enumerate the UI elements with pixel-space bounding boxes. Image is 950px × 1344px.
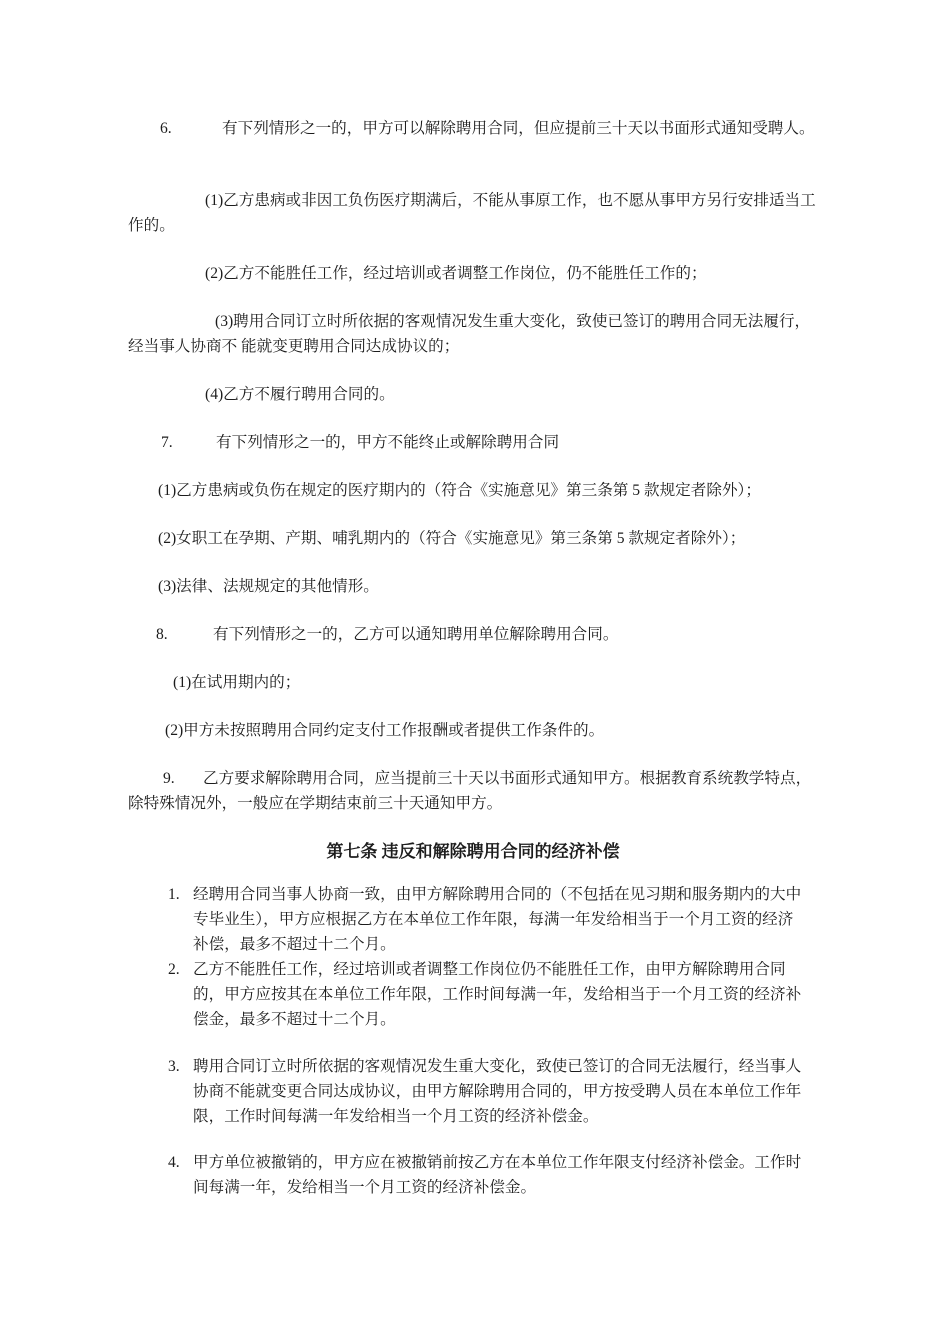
clause-9: 9.乙方要求解除聘用合同，应当提前三十天以书面形式通知甲方。根据教育系统教学特点… [128, 766, 818, 816]
compensation-item-2-text: 乙方不能胜任工作，经过培训或者调整工作岗位仍不能胜任工作，由甲方解除聘用合同的，… [193, 961, 801, 1028]
clause-6-number: 6. [160, 116, 222, 141]
clause-6-sub-1: (1)乙方患病或非因工负伤医疗期满后，不能从事原工作，也不愿从事甲方另行安排适当… [128, 188, 818, 238]
section-heading: 第七条 违反和解除聘用合同的经济补偿 [128, 839, 818, 864]
compensation-list: 1. 经聘用合同当事人协商一致，由甲方解除聘用合同的（不包括在见习期和服务期内的… [128, 882, 818, 1200]
compensation-item-3-text: 聘用合同订立时所依据的客观情况发生重大变化，致使已签订的合同无法履行，经当事人协… [193, 1058, 801, 1125]
clause-6-sub-2: (2)乙方不能胜任工作，经过培训或者调整工作岗位，仍不能胜任工作的； [128, 261, 818, 286]
clause-6-sub-4: (4)乙方不履行聘用合同的。 [128, 382, 818, 407]
clause-8-sub-1: (1)在试用期内的； [128, 670, 818, 695]
clause-8-text: 有下列情形之一的，乙方可以通知聘用单位解除聘用合同。 [213, 626, 618, 643]
document-body: 6.有下列情形之一的，甲方可以解除聘用合同，但应提前三十天以书面形式通知受聘人。… [128, 116, 818, 1200]
document-page: 6.有下列情形之一的，甲方可以解除聘用合同，但应提前三十天以书面形式通知受聘人。… [0, 0, 950, 1344]
compensation-item-1: 1. 经聘用合同当事人协商一致，由甲方解除聘用合同的（不包括在见习期和服务期内的… [128, 882, 818, 957]
compensation-item-2-number: 2. [168, 957, 180, 982]
clause-6-text: 有下列情形之一的，甲方可以解除聘用合同，但应提前三十天以书面形式通知受聘人。 [222, 120, 815, 137]
compensation-item-3-number: 3. [168, 1054, 180, 1079]
compensation-item-1-text: 经聘用合同当事人协商一致，由甲方解除聘用合同的（不包括在见习期和服务期内的大中专… [193, 886, 801, 953]
clause-7-sub-1: (1)乙方患病或负伤在规定的医疗期内的（符合《实施意见》第三条第 5 款规定者除… [128, 478, 818, 503]
clause-7-sub-3: (3)法律、法规规定的其他情形。 [128, 574, 818, 599]
compensation-item-3: 3. 聘用合同订立时所依据的客观情况发生重大变化，致使已签订的合同无法履行，经当… [128, 1054, 818, 1129]
clause-8-sub-2: (2)甲方未按照聘用合同约定支付工作报酬或者提供工作条件的。 [128, 718, 818, 743]
clause-9-text: 乙方要求解除聘用合同，应当提前三十天以书面形式通知甲方。根据教育系统教学特点，除… [128, 770, 811, 812]
clause-6-sub-3: (3)聘用合同订立时所依据的客观情况发生重大变化，致使已签订的聘用合同无法履行，… [128, 309, 818, 359]
compensation-item-4: 4. 甲方单位被撤销的，甲方应在被撤销前按乙方在本单位工作年限支付经济补偿金。工… [128, 1150, 818, 1200]
clause-6: 6.有下列情形之一的，甲方可以解除聘用合同，但应提前三十天以书面形式通知受聘人。 [128, 116, 818, 141]
clause-8-number: 8. [156, 622, 213, 647]
clause-7-text: 有下列情形之一的，甲方不能终止或解除聘用合同 [216, 434, 559, 451]
clause-7-number: 7. [161, 430, 216, 455]
clause-8: 8.有下列情形之一的，乙方可以通知聘用单位解除聘用合同。 [128, 622, 818, 647]
compensation-item-1-number: 1. [168, 882, 180, 907]
compensation-item-4-number: 4. [168, 1150, 180, 1175]
clause-9-number: 9. [163, 766, 203, 791]
compensation-item-2: 2. 乙方不能胜任工作，经过培训或者调整工作岗位仍不能胜任工作，由甲方解除聘用合… [128, 957, 818, 1032]
clause-7-sub-2: (2)女职工在孕期、产期、哺乳期内的（符合《实施意见》第三条第 5 款规定者除外… [128, 526, 818, 551]
compensation-item-4-text: 甲方单位被撤销的，甲方应在被撤销前按乙方在本单位工作年限支付经济补偿金。工作时间… [193, 1154, 801, 1196]
clause-7: 7.有下列情形之一的，甲方不能终止或解除聘用合同 [128, 430, 818, 455]
